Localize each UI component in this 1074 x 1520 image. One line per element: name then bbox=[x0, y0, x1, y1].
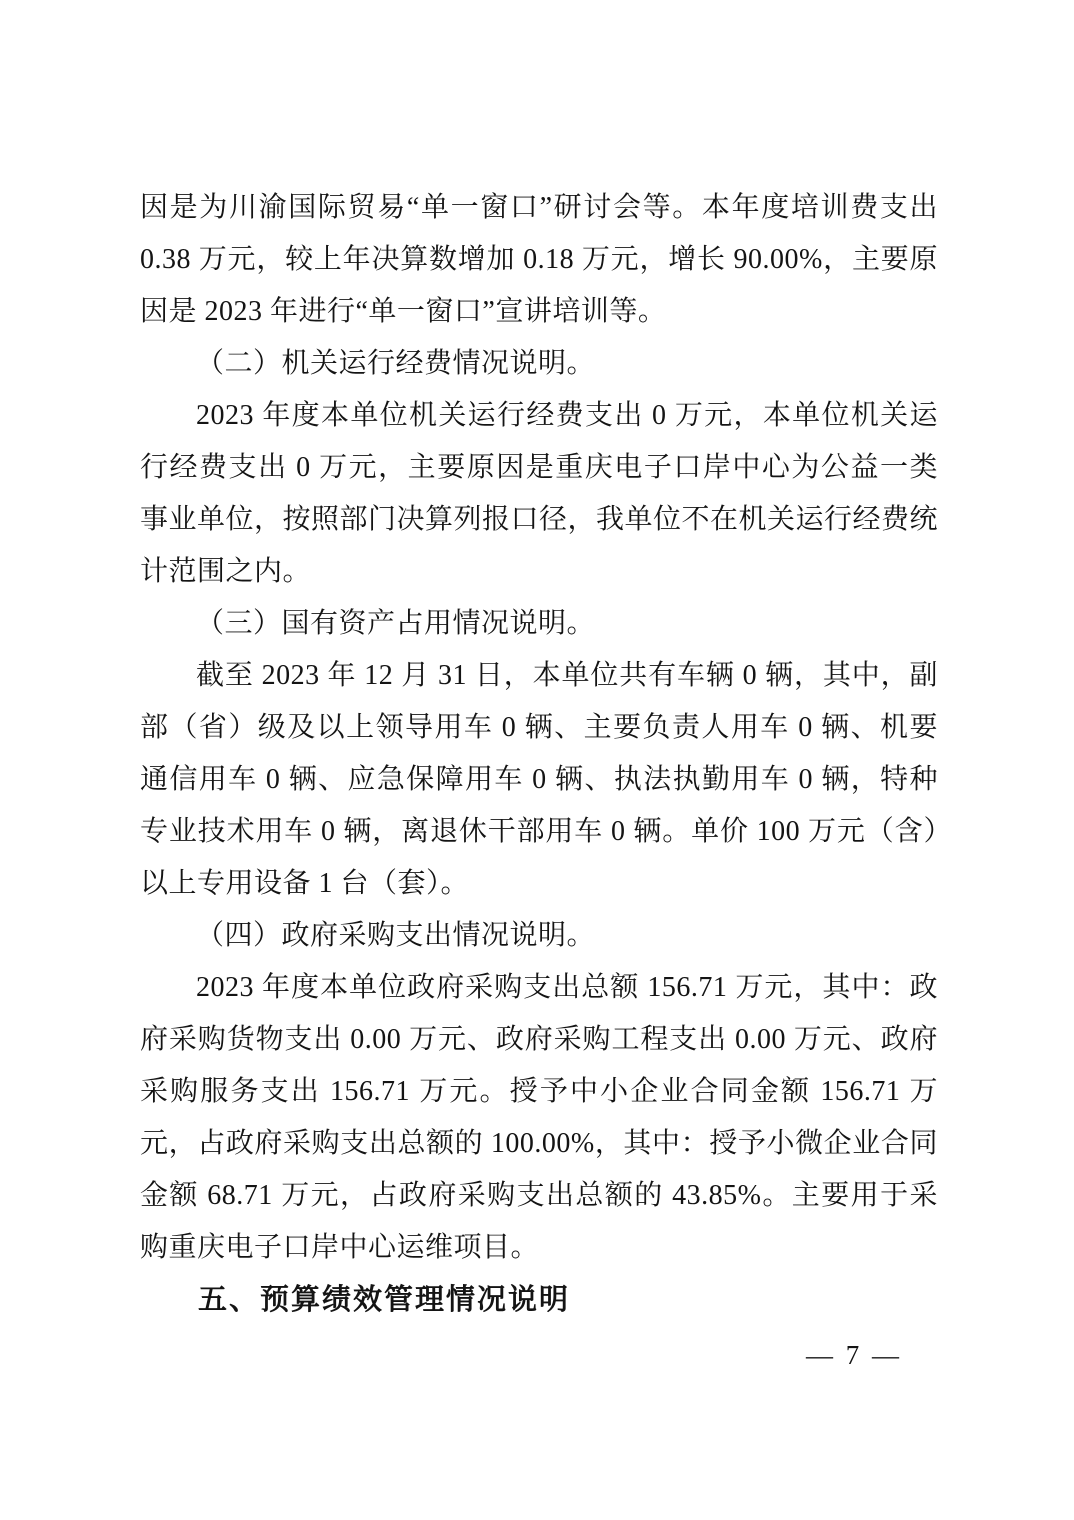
subsection-heading-gov-procurement: （四）政府采购支出情况说明。 bbox=[140, 910, 938, 962]
section-heading-budget-performance: 五、预算绩效管理情况说明 bbox=[140, 1274, 938, 1326]
subsection-heading-agency-operating-costs: （二）机关运行经费情况说明。 bbox=[140, 338, 938, 390]
subsection-heading-state-assets: （三）国有资产占用情况说明。 bbox=[140, 598, 938, 650]
paragraph-gov-procurement: 2023 年度本单位政府采购支出总额 156.71 万元，其中：政府采购货物支出… bbox=[140, 962, 938, 1274]
paragraph-training-fee-continuation: 因是为川渝国际贸易“单一窗口”研讨会等。本年度培训费支出 0.38 万元，较上年… bbox=[140, 182, 938, 338]
paragraph-agency-operating-costs: 2023 年度本单位机关运行经费支出 0 万元，本单位机关运行经费支出 0 万元… bbox=[140, 390, 938, 598]
paragraph-state-assets-occupancy: 截至 2023 年 12 月 31 日，本单位共有车辆 0 辆，其中，副部（省）… bbox=[140, 650, 938, 910]
page-number: — 7 — bbox=[806, 1340, 902, 1371]
document-page: 因是为川渝国际贸易“单一窗口”研讨会等。本年度培训费支出 0.38 万元，较上年… bbox=[0, 0, 1074, 1520]
body-text: 因是为川渝国际贸易“单一窗口”研讨会等。本年度培训费支出 0.38 万元，较上年… bbox=[140, 182, 938, 1326]
